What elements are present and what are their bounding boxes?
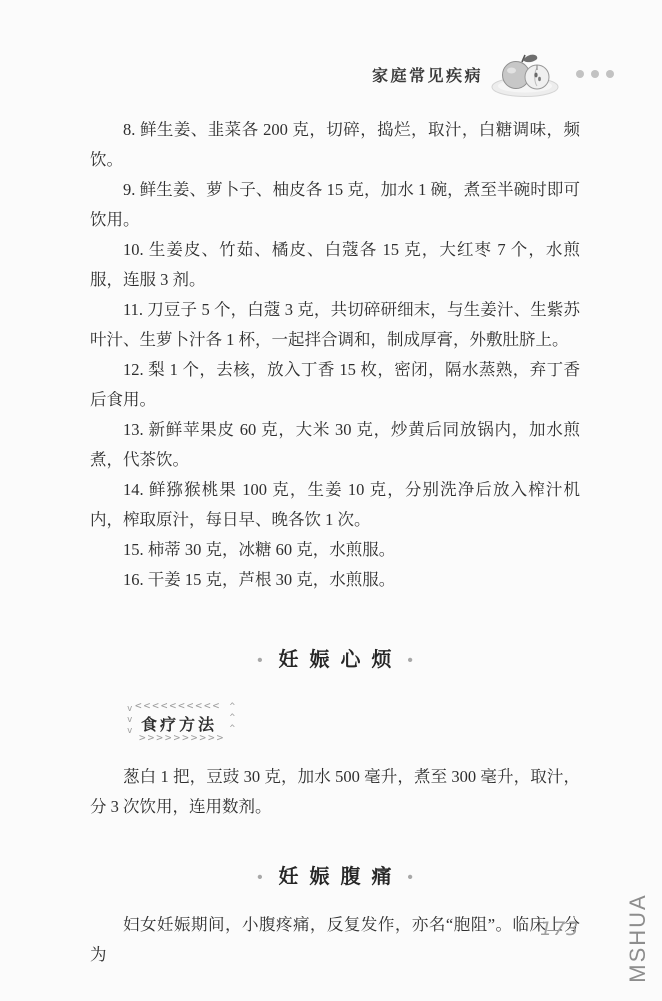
ellipsis-dots-icon xyxy=(569,70,614,78)
section-heading-renshen-futong: • 妊娠腹痛 • xyxy=(90,862,580,892)
section-heading-renshen-xinfan: • 妊娠心烦 • xyxy=(90,645,580,675)
heading-dot-icon: • xyxy=(408,870,413,885)
remedy-item: 12. 梨 1 个，去核，放入丁香 15 枚，密闭，隔水蒸熟，弃丁香后食用。 xyxy=(90,355,580,415)
chevron-border-bottom-icon: >>>>>>>>>> xyxy=(139,723,225,753)
remedy-item: 10. 生姜皮、竹茹、橘皮、白蔻各 15 克，大红枣 7 个，水煎服，连服 3 … xyxy=(90,235,580,295)
chevron-border-left-icon: v v v xyxy=(127,704,132,737)
section-paragraph: 妇女妊娠期间，小腹疼痛，反复发作，亦名“胞阻”。临床上分为 xyxy=(90,910,580,970)
remedy-item: 11. 刀豆子 5 个，白蔻 3 克，共切碎研细末，与生姜汁、生紫苏叶汁、生萝卜… xyxy=(90,295,580,355)
heading-dot-icon: • xyxy=(408,653,413,668)
remedy-item: 8. 鲜生姜、韭菜各 200 克，切碎，捣烂，取汁，白糖调味，频饮。 xyxy=(90,115,580,175)
section-paragraph: 葱白 1 把，豆豉 30 克，加水 500 毫升，煮至 300 毫升，取汁，分 … xyxy=(90,762,580,822)
apple-plate-icon xyxy=(489,50,563,98)
section-title: 妊娠心烦 xyxy=(279,645,403,675)
remedy-item: 13. 新鲜苹果皮 60 克，大米 30 克，炒黄后同放锅内，加水煎煮，代茶饮。 xyxy=(90,415,580,475)
remedy-item: 9. 鲜生姜、萝卜子、柚皮各 15 克，加水 1 碗，煮至半碗时即可饮用。 xyxy=(90,175,580,235)
book-title: 家庭常见疾病 xyxy=(372,63,483,86)
page-number: 173 xyxy=(540,918,579,940)
heading-dot-icon: • xyxy=(257,870,262,885)
remedy-list: 8. 鲜生姜、韭菜各 200 克，切碎，捣烂，取汁，白糖调味，频饮。 9. 鲜生… xyxy=(90,115,580,595)
remedy-item: 14. 鲜猕猴桃果 100 克，生姜 10 克，分别洗净后放入榨汁机内，榨取原汁… xyxy=(90,475,580,535)
section-title: 妊娠腹痛 xyxy=(279,862,403,892)
side-watermark: MSHUA xyxy=(625,882,651,994)
remedy-item: 15. 柿蒂 30 克，冰糖 60 克，水煎服。 xyxy=(90,535,580,565)
remedy-item: 16. 干姜 15 克，芦根 30 克，水煎服。 xyxy=(90,565,580,595)
page-content: 8. 鲜生姜、韭菜各 200 克，切碎，捣烂，取汁，白糖调味，频饮。 9. 鲜生… xyxy=(90,115,580,970)
diet-method-box: <<<<<<<<<< v v v 食疗方法 ^ ^ ^ >>>>>>>>>> xyxy=(126,695,236,749)
book-page: 家庭常见疾病 8. 鲜生姜、韭菜各 200 克，切碎，捣烂，取汁，白糖调味，频饮… xyxy=(0,0,662,1001)
heading-dot-icon: • xyxy=(257,653,262,668)
chevron-border-right-icon: ^ ^ ^ xyxy=(230,702,235,735)
page-header: 家庭常见疾病 xyxy=(372,50,614,98)
